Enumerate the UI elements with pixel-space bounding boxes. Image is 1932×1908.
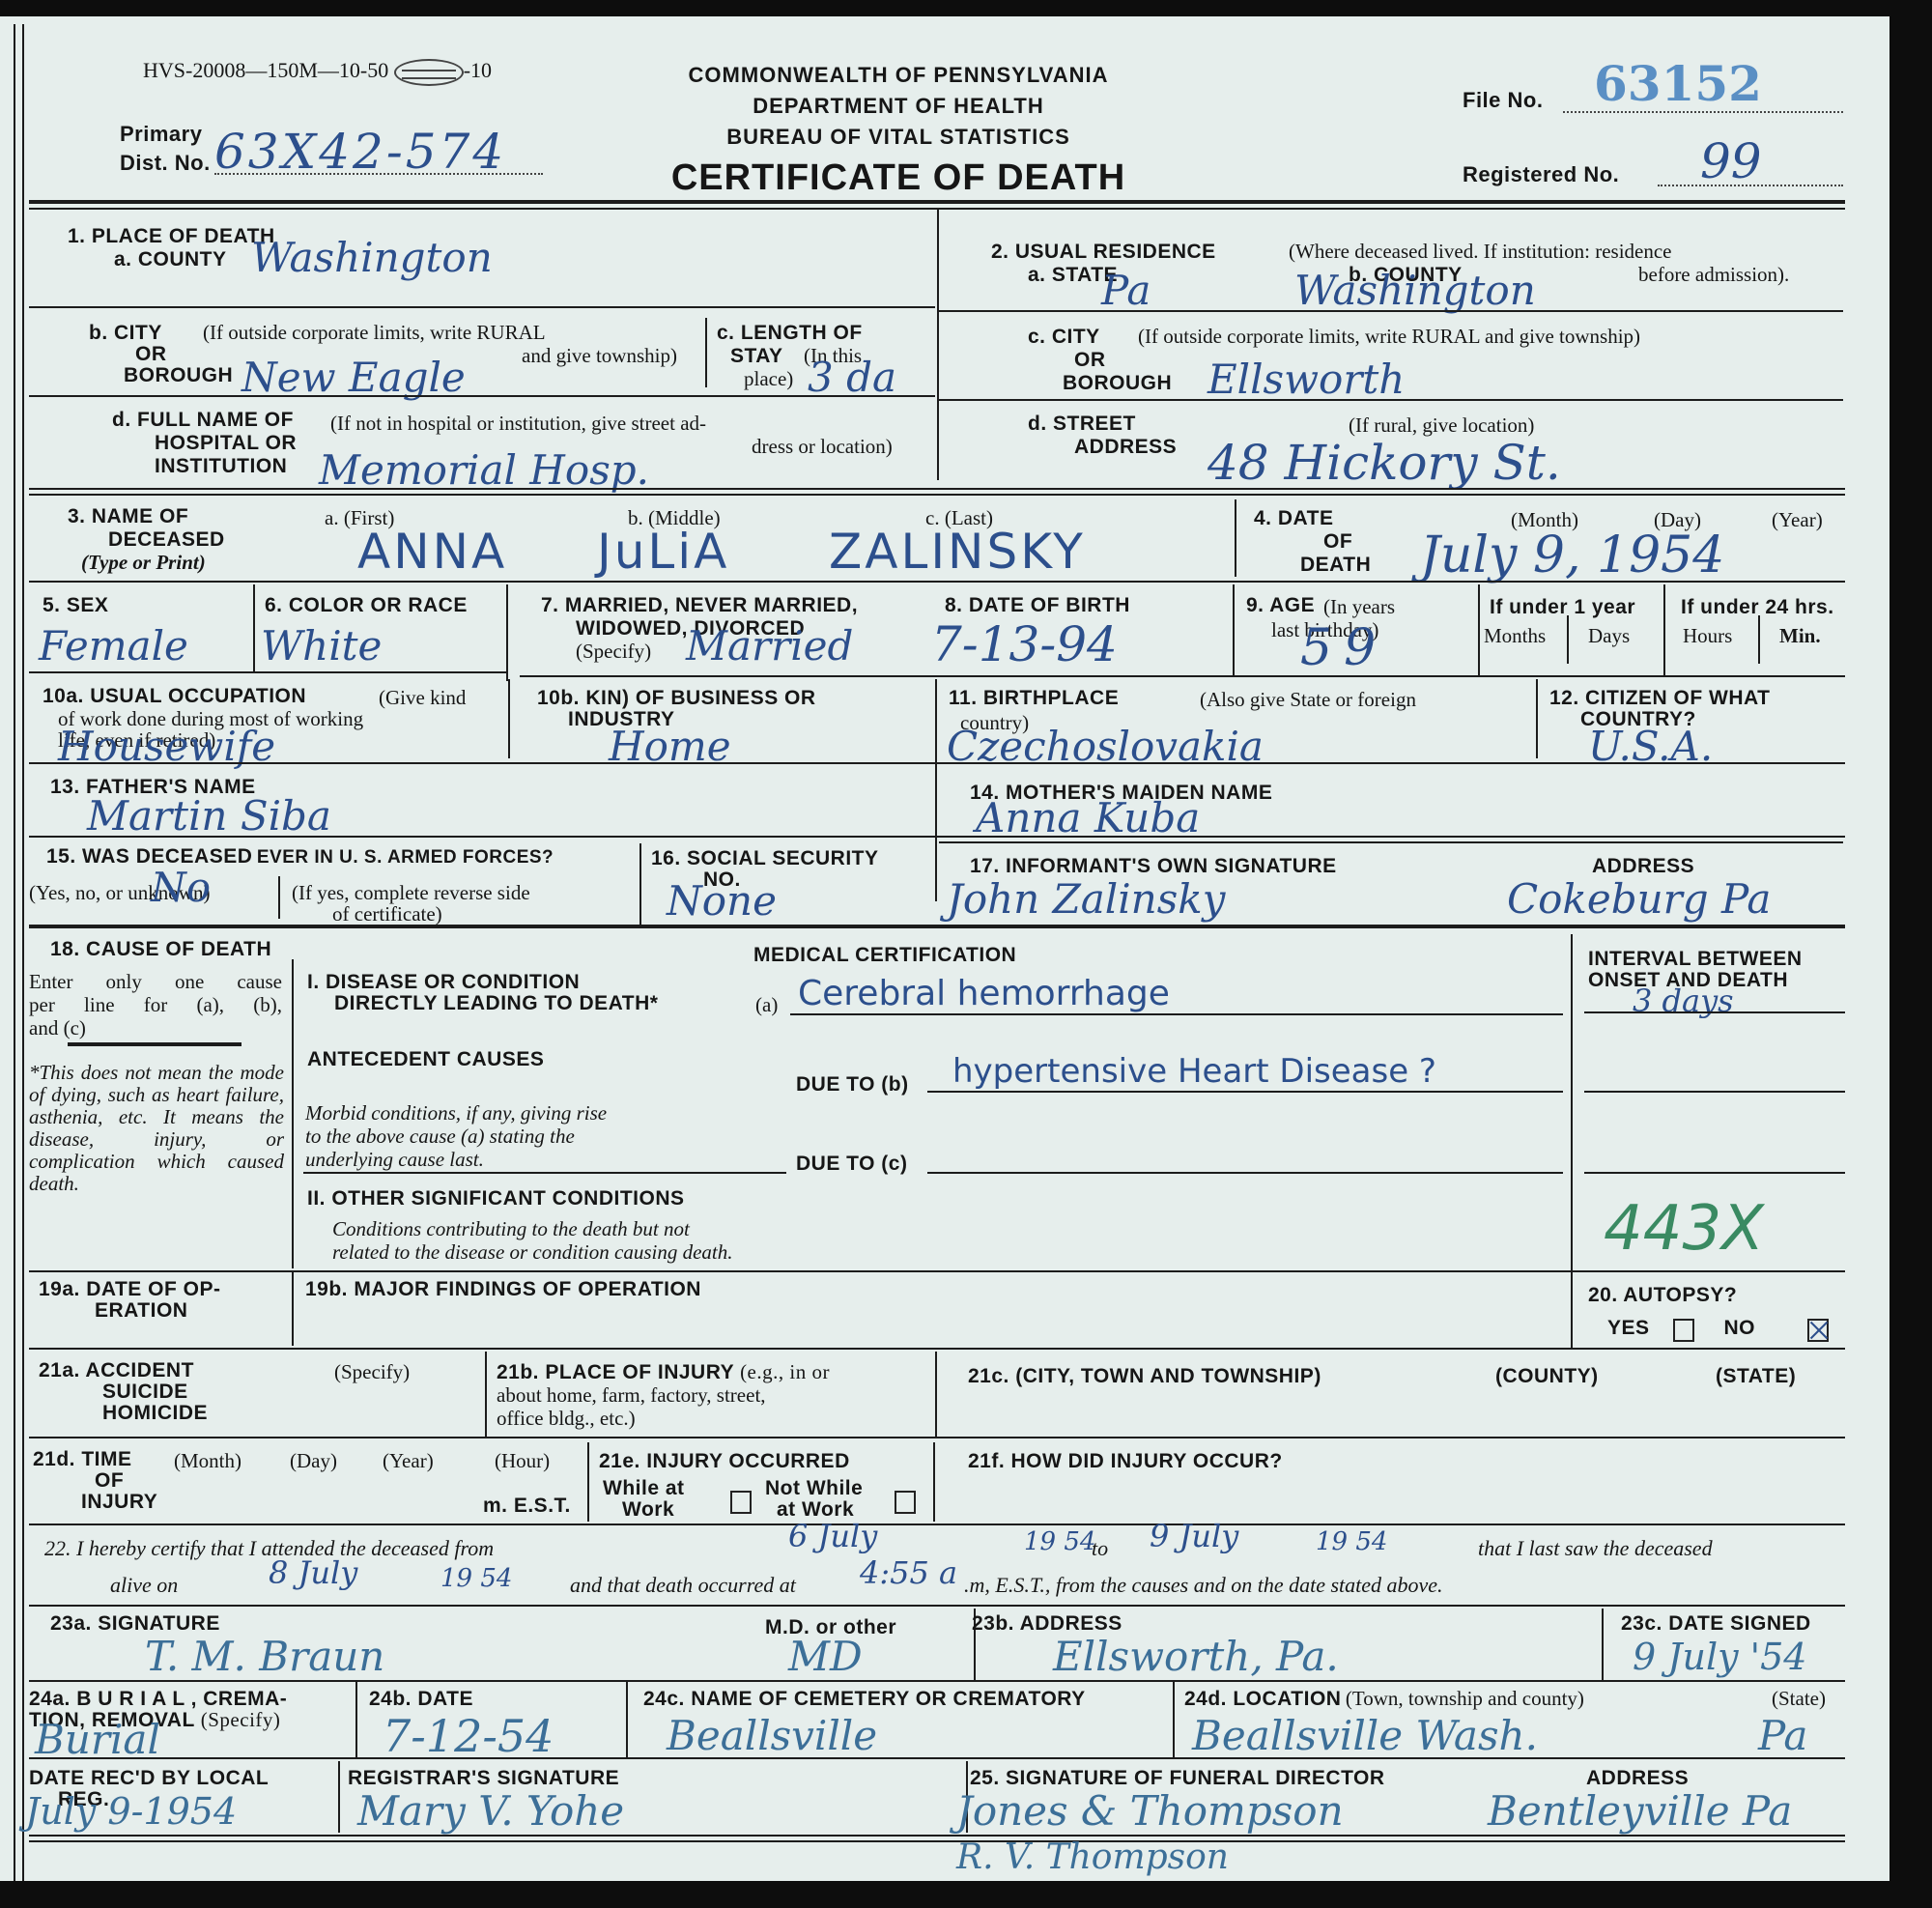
coding-annotation: 443X xyxy=(1604,1193,1764,1265)
antecedent-causes-label: ANTECEDENT CAUSES xyxy=(307,1048,544,1070)
attended-to-value: 9 July xyxy=(1150,1520,1238,1552)
months-label: Months xyxy=(1484,625,1546,647)
row-divider xyxy=(29,1605,1845,1607)
date-of-death-label: DEATH xyxy=(1300,554,1371,576)
row-divider xyxy=(29,1348,1845,1350)
institution-label: INSTITUTION xyxy=(155,455,287,477)
column-divider xyxy=(933,1442,935,1522)
morbid-instructions: Morbid conditions, if any, giving rise xyxy=(305,1102,607,1125)
registrar-signature-label: REGISTRAR'S SIGNATURE xyxy=(348,1767,619,1789)
dist-no-value: 63X42-574 xyxy=(214,130,506,173)
other-conditions-instructions: Conditions contributing to the death but… xyxy=(332,1218,690,1240)
autopsy-no-checkbox-checked[interactable] xyxy=(1807,1319,1829,1342)
burial-type-label: 24a. B U R I A L , CREMA- xyxy=(29,1688,287,1710)
date-signed-label: 23c. DATE SIGNED xyxy=(1621,1612,1811,1635)
borough-label: BOROUGH xyxy=(124,364,233,386)
business-label: 10b. KIN) OF BUSINESS OR xyxy=(537,687,816,709)
death-county-value: Washington xyxy=(251,237,493,279)
hours-label: Hours xyxy=(1683,625,1732,647)
place-of-death-heading: 1. PLACE OF DEATH xyxy=(68,225,275,247)
cause-c-line xyxy=(927,1172,1563,1174)
time-of-injury-label: INJURY xyxy=(81,1491,157,1513)
time-of-death-value: 4:55 a xyxy=(860,1556,957,1589)
column-divider xyxy=(937,210,939,480)
section-divider xyxy=(29,494,1845,496)
date-of-birth-value: 7-13-94 xyxy=(931,623,1118,666)
column-divider xyxy=(508,679,510,758)
hospital-instructions: dress or location) xyxy=(752,436,893,458)
hospital-instructions: (If not in hospital or institution, give… xyxy=(330,413,706,435)
days-label: Days xyxy=(1588,625,1630,647)
street-address-value: 48 Hickory St. xyxy=(1207,441,1561,484)
row-divider xyxy=(29,1524,1845,1525)
column-divider xyxy=(1536,679,1538,758)
cause-a-label: (a) xyxy=(755,994,778,1016)
autopsy-yes-checkbox[interactable] xyxy=(1673,1319,1694,1342)
header-divider xyxy=(29,200,1845,204)
column-divider xyxy=(935,1352,937,1437)
name-label: 3. NAME OF xyxy=(68,505,188,527)
row-divider xyxy=(29,836,1845,838)
length-of-stay-value: 3 da xyxy=(808,356,896,399)
homicide-label: HOMICIDE xyxy=(102,1402,208,1424)
operation-date-label: 19a. DATE OF OP- xyxy=(39,1278,220,1300)
burial-location-value: Beallsville Wash. xyxy=(1192,1715,1538,1757)
file-no-stamp: 63152 xyxy=(1594,55,1762,112)
morbid-instructions: underlying cause last. xyxy=(305,1149,484,1171)
injury-occurred-label: 21e. INJURY OCCURRED xyxy=(599,1450,850,1472)
union-bug-seal-icon xyxy=(394,59,464,86)
column-divider xyxy=(1567,615,1569,664)
physician-signature: T. M. Braun xyxy=(145,1636,384,1678)
md-value: MD xyxy=(788,1636,863,1678)
hospital-label: d. FULL NAME OF xyxy=(112,409,294,431)
certification-text: that I last saw the deceased xyxy=(1478,1537,1713,1559)
marital-status-label: 7. MARRIED, NEVER MARRIED, xyxy=(541,594,858,616)
father-name-value: Martin Siba xyxy=(87,795,331,838)
year-label: (Year) xyxy=(1772,509,1823,531)
row-divider xyxy=(29,671,506,673)
row-divider xyxy=(29,581,1845,583)
suicide-label: SUICIDE xyxy=(102,1381,188,1403)
street-instructions: (If rural, give location) xyxy=(1349,414,1534,437)
armed-forces-value: No xyxy=(151,867,211,909)
column-divider xyxy=(639,843,641,925)
burial-state-label: (State) xyxy=(1772,1688,1826,1710)
time-of-injury-label: 21d. TIME xyxy=(33,1448,132,1470)
stay-label: STAY xyxy=(730,345,783,367)
social-security-label: 16. SOCIAL SECURITY xyxy=(651,847,879,869)
certification-text: .m, E.S.T., from the causes and on the d… xyxy=(964,1574,1443,1596)
burial-type-value: Burial xyxy=(35,1719,160,1761)
specify-label: (Specify) xyxy=(576,641,651,663)
disease-label: I. DISEASE OR CONDITION xyxy=(307,971,580,993)
row-divider xyxy=(939,310,1843,312)
attended-to-year: 19 54 xyxy=(1316,1525,1387,1558)
marital-status-value: Married xyxy=(686,625,853,668)
sex-label: 5. SEX xyxy=(43,594,108,616)
residence-county-value: Washington xyxy=(1294,270,1536,312)
cause-of-death-heading: 18. CAUSE OF DEATH xyxy=(50,938,271,960)
date-of-death-value: July 9, 1954 xyxy=(1420,534,1724,577)
interval-label: INTERVAL BETWEEN xyxy=(1588,948,1803,970)
operation-date-label: ERATION xyxy=(95,1299,187,1322)
column-divider xyxy=(506,584,508,681)
due-to-c-label: DUE TO (c) xyxy=(796,1153,907,1175)
agency-line-2: DEPARTMENT OF HEALTH xyxy=(618,94,1179,119)
interval-line xyxy=(1584,1011,1845,1013)
column-divider xyxy=(705,318,707,387)
physician-signature-label: 23a. SIGNATURE xyxy=(50,1612,220,1635)
column-divider xyxy=(587,1442,589,1522)
cause-instructions: per line for (a), (b), xyxy=(29,994,282,1016)
certification-text: and that death occurred at xyxy=(570,1574,796,1596)
row-divider xyxy=(29,1437,1845,1438)
under-year-label: If under 1 year xyxy=(1490,596,1635,618)
column-divider xyxy=(1173,1682,1175,1757)
column-divider xyxy=(1571,934,1573,1350)
type-or-print-label: (Type or Print) xyxy=(81,552,206,574)
row-divider xyxy=(29,762,1845,764)
due-to-b-label: DUE TO (b) xyxy=(796,1073,909,1096)
informant-signature-label: 17. INFORMANT'S OWN SIGNATURE xyxy=(970,855,1337,877)
while-at-work-label: Work xyxy=(622,1498,674,1521)
row-divider xyxy=(29,1757,1845,1759)
cemetery-value: Beallsville xyxy=(667,1715,877,1757)
injury-county-label: (COUNTY) xyxy=(1495,1365,1599,1387)
first-name-value: ANNA xyxy=(357,530,507,573)
physician-address-value: Ellsworth, Pa. xyxy=(1053,1636,1339,1678)
middle-name-value: JuLiA xyxy=(597,530,729,573)
row-divider xyxy=(29,395,935,397)
citizenship-label: 12. CITIZEN OF WHAT xyxy=(1549,687,1770,709)
autopsy-label: 20. AUTOPSY? xyxy=(1588,1284,1737,1306)
dist-no-label: Dist. No. xyxy=(120,152,211,174)
not-at-work-checkbox[interactable] xyxy=(895,1491,916,1514)
residence-city-instructions: (If outside corporate limits, write RURA… xyxy=(1138,326,1640,348)
registered-no-value: 99 xyxy=(1700,140,1762,183)
funeral-director-address-value: Bentleyville Pa xyxy=(1488,1790,1792,1833)
row-divider xyxy=(939,399,1843,401)
cause-footnote: *This does not mean the mode of dying, s… xyxy=(29,1062,284,1195)
cause-a-value: Cerebral hemorrhage xyxy=(798,973,1170,1015)
last-name-value: ZALINSKY xyxy=(829,530,1086,573)
column-divider xyxy=(355,1682,357,1757)
attended-from-value: 6 July xyxy=(788,1520,877,1552)
date-of-death-label: 4. DATE xyxy=(1254,507,1333,529)
date-of-birth-label: 8. DATE OF BIRTH xyxy=(945,594,1130,616)
sex-value: Female xyxy=(39,625,188,668)
date-received-value: July 9-1954 xyxy=(25,1790,237,1833)
armed-forces-question: 15. WAS DECEASED EVER IN U. S. ARMED FOR… xyxy=(46,845,554,869)
birthplace-label: 11. BIRTHPLACE xyxy=(949,687,1119,709)
place-of-injury-label: 21b. PLACE OF INJURY (e.g., in or xyxy=(497,1361,830,1383)
column-divider xyxy=(1758,615,1760,664)
agency-line-3: BUREAU OF VITAL STATISTICS xyxy=(618,125,1179,150)
specify-label: (Specify) xyxy=(334,1361,410,1383)
row-divider xyxy=(520,675,1845,677)
column-divider xyxy=(278,876,280,919)
age-label: 9. AGE xyxy=(1246,594,1315,616)
social-security-value: None xyxy=(667,880,777,923)
column-divider xyxy=(292,959,294,1268)
cause-b-value: hypertensive Heart Disease ? xyxy=(952,1050,1436,1093)
usual-residence-heading: 2. USUAL RESIDENCE xyxy=(991,241,1216,263)
city-instructions: (If outside corporate limits, write RURA… xyxy=(203,322,546,344)
occupation-label: 10a. USUAL OCCUPATION xyxy=(43,685,306,707)
registered-no-label: Registered No. xyxy=(1463,163,1619,185)
date-signed-value: 9 July '54 xyxy=(1633,1636,1806,1678)
burial-date-label: 24b. DATE xyxy=(369,1688,473,1710)
alive-on-label: alive on xyxy=(110,1574,178,1596)
residence-state-value: Pa xyxy=(1101,270,1151,312)
injury-month-label: (Month) xyxy=(174,1450,241,1472)
page-title: CERTIFICATE OF DEATH xyxy=(618,157,1179,199)
cause-instructions: Enter only one cause xyxy=(29,971,282,993)
attended-from-year: 19 54 xyxy=(1024,1525,1095,1558)
burial-location-label: 24d. LOCATION (Town, township and county… xyxy=(1184,1688,1584,1710)
not-at-work-label: Not While xyxy=(765,1477,863,1499)
street-label: d. STREET xyxy=(1028,413,1136,435)
column-divider xyxy=(253,584,255,671)
funeral-director-signature-2: R. V. Thompson xyxy=(956,1837,1229,1879)
column-divider xyxy=(626,1682,628,1757)
other-conditions-instructions: related to the disease or condition caus… xyxy=(332,1241,733,1264)
minutes-label: Min. xyxy=(1779,625,1821,647)
column-divider xyxy=(1663,584,1665,675)
section-divider xyxy=(29,488,1845,490)
funeral-director-label: 25. SIGNATURE OF FUNERAL DIRECTOR xyxy=(970,1767,1385,1789)
race-value: White xyxy=(261,625,382,668)
residence-city-or: OR xyxy=(1074,349,1106,371)
column-divider xyxy=(1233,584,1235,675)
row-divider xyxy=(29,1840,1845,1842)
residence-borough-label: BOROUGH xyxy=(1063,372,1172,394)
while-at-work-label: While at xyxy=(603,1477,685,1499)
accident-label: 21a. ACCIDENT xyxy=(39,1359,194,1381)
column-divider xyxy=(1478,584,1480,675)
mother-maiden-name-value: Anna Kuba xyxy=(976,797,1200,840)
time-of-injury-label: OF xyxy=(95,1469,124,1492)
injury-location-label: 21c. (CITY, TOWN AND TOWNSHIP) xyxy=(968,1365,1321,1387)
left-border-line xyxy=(22,24,24,1881)
burial-date-value: 7-12-54 xyxy=(383,1715,554,1757)
row-divider xyxy=(29,1680,1845,1682)
column-divider xyxy=(485,1352,487,1437)
residence-instructions: (Where deceased lived. If institution: r… xyxy=(1289,241,1672,263)
column-divider xyxy=(338,1761,340,1833)
to-label: to xyxy=(1092,1537,1108,1559)
medical-certification-heading: MEDICAL CERTIFICATION xyxy=(753,944,1016,966)
funeral-director-address-label: ADDRESS xyxy=(1586,1767,1689,1789)
age-value: 59 xyxy=(1300,627,1387,669)
hospital-name-value: Memorial Hosp. xyxy=(319,449,649,492)
operation-findings-label: 19b. MAJOR FINDINGS OF OPERATION xyxy=(305,1278,701,1300)
row-divider xyxy=(939,841,1843,843)
informant-signature: John Zalinsky xyxy=(947,878,1225,921)
row-divider xyxy=(29,1270,1845,1272)
date-received-label: DATE REC'D BY LOCAL xyxy=(29,1767,269,1789)
armed-forces-instructions: (If yes, complete reverse side xyxy=(292,882,530,904)
disease-label: DIRECTLY LEADING TO DEATH* xyxy=(334,992,658,1014)
burial-state-value: Pa xyxy=(1758,1715,1807,1757)
autopsy-options: YES NO xyxy=(1607,1317,1829,1342)
occupation-instructions: (Give kind xyxy=(379,687,466,709)
funeral-director-signature: Jones & Thompson xyxy=(956,1790,1344,1833)
place-of-injury-instructions: office bldg., etc.) xyxy=(497,1408,636,1430)
injury-day-label: (Day) xyxy=(290,1450,337,1472)
interval-line xyxy=(1584,1091,1845,1093)
left-border-line xyxy=(14,24,15,1881)
alive-on-year: 19 54 xyxy=(440,1562,512,1595)
cemetery-label: 24c. NAME OF CEMETERY OR CREMATORY xyxy=(643,1688,1086,1710)
informant-address-value: Cokeburg Pa xyxy=(1507,878,1771,921)
row-divider xyxy=(29,306,935,308)
alive-on-value: 8 July xyxy=(269,1556,357,1589)
county-label: a. COUNTY xyxy=(114,248,227,271)
injury-year-label: (Year) xyxy=(383,1450,434,1472)
address-label: ADDRESS xyxy=(1074,436,1177,458)
date-of-death-label: OF xyxy=(1323,530,1352,553)
column-divider xyxy=(1235,499,1236,577)
file-no-label: File No. xyxy=(1463,89,1543,111)
section-divider xyxy=(29,925,1845,928)
length-of-stay-label: c. LENGTH OF xyxy=(717,322,863,344)
residence-city-label: c. CITY xyxy=(1028,326,1100,348)
note-divider xyxy=(68,1042,241,1046)
column-divider xyxy=(1602,1609,1604,1682)
city-label-or: OR xyxy=(135,343,167,365)
how-injury-occurred-label: 21f. HOW DID INJURY OCCUR? xyxy=(968,1450,1283,1472)
est-label: m. E.S.T. xyxy=(483,1495,571,1517)
place-of-injury-instructions: about home, farm, factory, street, xyxy=(497,1384,766,1407)
city-label: b. CITY xyxy=(89,322,162,344)
column-divider xyxy=(935,679,937,901)
deceased-label: DECEASED xyxy=(108,528,225,551)
column-divider xyxy=(292,1272,294,1346)
row-divider xyxy=(29,1835,1845,1837)
death-certificate: HVS-20008—150M—10-50 -10 Primary Dist. N… xyxy=(0,16,1889,1881)
cause-instructions: and (c) xyxy=(29,1017,86,1039)
age-instructions: (In years xyxy=(1323,596,1395,618)
race-label: 6. COLOR OR RACE xyxy=(265,594,468,616)
stay-instructions: place) xyxy=(744,368,793,390)
armed-forces-instructions: of certificate) xyxy=(332,903,442,926)
agency-line-1: COMMONWEALTH OF PENNSYLVANIA xyxy=(618,63,1179,88)
while-at-work-checkbox[interactable] xyxy=(730,1491,752,1514)
primary-label: Primary xyxy=(120,123,202,145)
registrar-signature: Mary V. Yohe xyxy=(357,1790,624,1833)
birthplace-instructions: (Also give State or foreign xyxy=(1200,689,1416,711)
injury-state-label: (STATE) xyxy=(1716,1365,1796,1387)
residence-instructions: before admission). xyxy=(1638,264,1789,286)
injury-hour-label: (Hour) xyxy=(495,1450,550,1472)
physician-address-label: 23b. ADDRESS xyxy=(972,1612,1122,1635)
hospital-label: HOSPITAL OR xyxy=(155,432,297,454)
morbid-instructions: to the above cause (a) stating the xyxy=(305,1125,575,1148)
other-conditions-label: II. OTHER SIGNIFICANT CONDITIONS xyxy=(307,1187,685,1210)
death-city-value: New Eagle xyxy=(241,356,466,399)
residence-city-value: Ellsworth xyxy=(1207,358,1405,401)
informant-address-label: ADDRESS xyxy=(1592,855,1694,877)
city-instructions: and give township) xyxy=(522,345,677,367)
row-divider xyxy=(303,1172,786,1174)
interval-line xyxy=(1584,1172,1845,1174)
form-code: HVS-20008—150M—10-50 -10 xyxy=(143,59,492,86)
